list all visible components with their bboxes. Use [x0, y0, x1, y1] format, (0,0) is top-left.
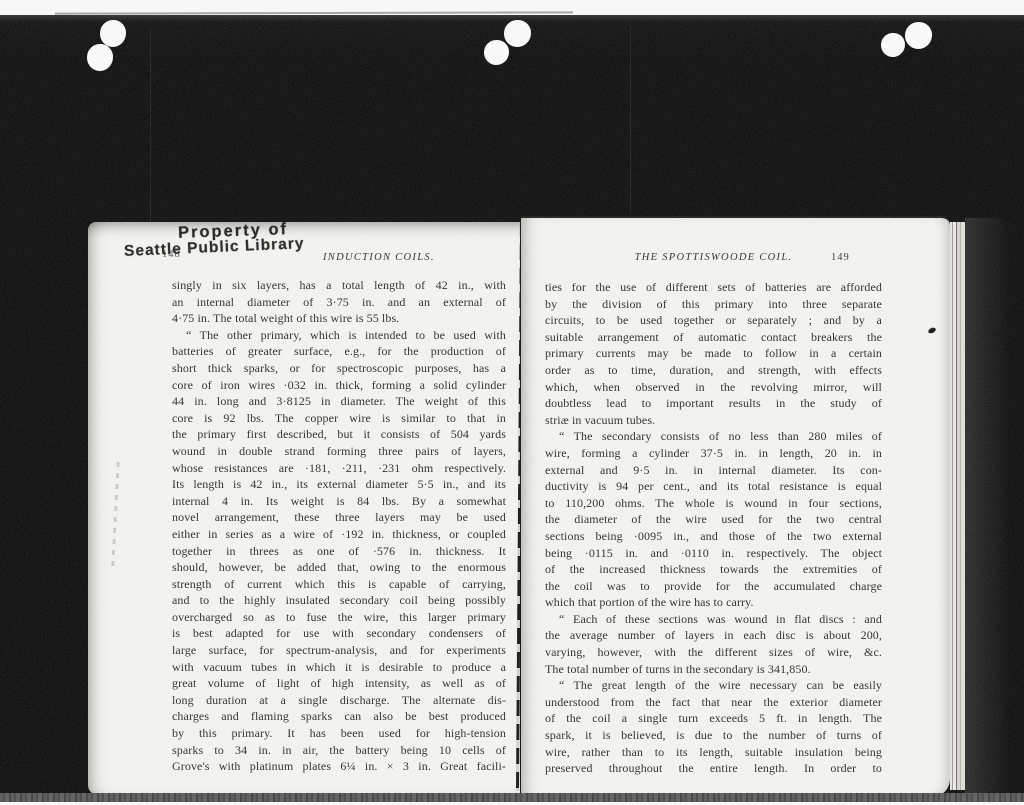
page-number-right: 149 — [831, 252, 850, 263]
text-line: The total number of turns in the seconda… — [545, 661, 882, 678]
text-line: which that portion of the wire has to ca… — [545, 594, 882, 611]
text-line: core is 92 lbs. The copper wire is simil… — [172, 410, 506, 427]
text-line: spark, it is believed, is due to the num… — [545, 727, 882, 744]
text-line: “ The great length of the wire necessary… — [545, 677, 882, 694]
running-header-left: INDUCTION COILS. — [323, 252, 435, 263]
left-page-text-column: singly in six layers, has a total length… — [172, 277, 506, 775]
text-line: with vacuum tubes in which it is desirab… — [172, 659, 506, 676]
text-line: sections being ·0095 in., and those of t… — [545, 528, 882, 545]
text-line: ductivity is 94 per cent., and its total… — [545, 478, 882, 495]
text-line: either in series as a wire of ·192 in. t… — [172, 526, 506, 543]
text-line: Grove's with platinum plates 6¼ in. × 3 … — [172, 758, 506, 775]
text-line: wire, rather than to its length, suitabl… — [545, 744, 882, 761]
text-line: internal 4 in. Its weight is 84 lbs. By … — [172, 493, 506, 510]
text-line: the diameter of the wire used for the tw… — [545, 511, 882, 528]
text-line: striæ in vacuum tubes. — [545, 412, 882, 429]
text-line: order as to time, duration, and strength… — [545, 362, 882, 379]
text-line: of the coil a single turn exceeds 5 ft. … — [545, 710, 882, 727]
right-page: THE SPOTTISWOODE COIL. 149 ties for the … — [521, 216, 950, 797]
background-crease — [630, 25, 631, 215]
text-line: the average number of layers in each dis… — [545, 627, 882, 644]
text-line: primary currents may be made to follow i… — [545, 345, 882, 362]
text-line: which, when observed in the revolving mi… — [545, 379, 882, 396]
text-line: of the increased thickness towards the e… — [545, 561, 882, 578]
text-line: together in threes as one of ·576 in. th… — [172, 543, 506, 560]
text-line: ties for the use of different sets of ba… — [545, 279, 882, 296]
text-line: “ Each of these sections was wound in fl… — [545, 611, 882, 628]
text-line: being ·0115 in. and ·0110 in. respective… — [545, 545, 882, 562]
text-line: sparks to 34 in. in air, the battery bei… — [172, 742, 506, 759]
punch-hole-mark — [881, 33, 905, 57]
punch-hole-mark — [905, 22, 932, 49]
text-line: singly in six layers, has a total length… — [172, 277, 506, 294]
text-line: strength of current which this is capabl… — [172, 576, 506, 593]
page-edge-texture — [950, 222, 965, 790]
punch-hole-mark — [484, 40, 509, 65]
text-line: an internal diameter of 3·75 in. and an … — [172, 294, 506, 311]
punch-hole-mark — [100, 20, 126, 47]
text-line: wound in double strand forming three pai… — [172, 443, 506, 460]
text-line: and to the highly insulated secondary co… — [172, 592, 506, 609]
punch-hole-mark — [87, 44, 113, 71]
text-line: novel arrangement, these three layers ma… — [172, 509, 506, 526]
text-line: 44 in. long and 3·8125 in diameter. The … — [172, 393, 506, 410]
text-line: batteries of greater surface, e.g., for … — [172, 343, 506, 360]
text-line: the primary first described, but it cons… — [172, 426, 506, 443]
text-line: varying, however, with the different siz… — [545, 644, 882, 661]
scan-bottom-edge — [0, 793, 1024, 802]
text-line: is best adapted for use with secondary c… — [172, 625, 506, 642]
punch-hole-mark — [504, 20, 531, 47]
right-page-text-column: ties for the use of different sets of ba… — [545, 279, 882, 777]
text-line: 4·75 in. The total weight of this wire i… — [172, 310, 506, 327]
open-book: 148 Property of Seattle Public Library I… — [88, 216, 950, 795]
text-line: great volume of light of high intensity,… — [172, 675, 506, 692]
text-line: should, however, be added that, owing to… — [172, 559, 506, 576]
text-line: large surface, for spectrum-analysis, an… — [172, 642, 506, 659]
text-line: “ The other primary, which is intended t… — [172, 327, 506, 344]
text-line: charges and flaming sparks can also be b… — [172, 708, 506, 725]
text-line: short thick sparks, or for spectroscopic… — [172, 360, 506, 377]
pencil-mark — [111, 462, 119, 567]
text-line: “ The secondary consists of no less than… — [545, 428, 882, 445]
page-edge-shadow — [965, 218, 1015, 793]
ink-mark — [927, 327, 936, 335]
text-line: core of iron wires ·032 in. thick, formi… — [172, 377, 506, 394]
text-line: by this primary. It has been used for hi… — [172, 725, 506, 742]
text-line: Its length is 42 in., its external diame… — [172, 476, 506, 493]
text-line: doubtless lead to important results in t… — [545, 395, 882, 412]
text-line: wire, forming a cylinder 37·5 in. in len… — [545, 445, 882, 462]
background-crease — [150, 30, 151, 230]
text-line: external and 9·5 in. in internal diamete… — [545, 462, 882, 479]
text-line: understood from the fact that near the e… — [545, 694, 882, 711]
scanned-book-photocopy: 148 Property of Seattle Public Library I… — [0, 0, 1024, 805]
text-line: the coil was to provide for the accumula… — [545, 578, 882, 595]
text-line: overcharged so as to fuse the wire, this… — [172, 609, 506, 626]
text-line: whose resistances are ·181, ·211, ·231 o… — [172, 460, 506, 477]
text-line: suitable arrangement of automatic contac… — [545, 329, 882, 346]
text-line: by the division of this primary into thr… — [545, 296, 882, 313]
text-line: to 110,200 ohms. The whole is wound in f… — [545, 495, 882, 512]
text-line: preserved throughout the entire length. … — [545, 760, 882, 777]
text-line: long duration at a single discharge. The… — [172, 692, 506, 709]
left-page: 148 Property of Seattle Public Library I… — [88, 222, 520, 795]
library-stamp-line2: Seattle Public Library — [124, 235, 305, 261]
text-line: circuits, to be used together or separat… — [545, 312, 882, 329]
